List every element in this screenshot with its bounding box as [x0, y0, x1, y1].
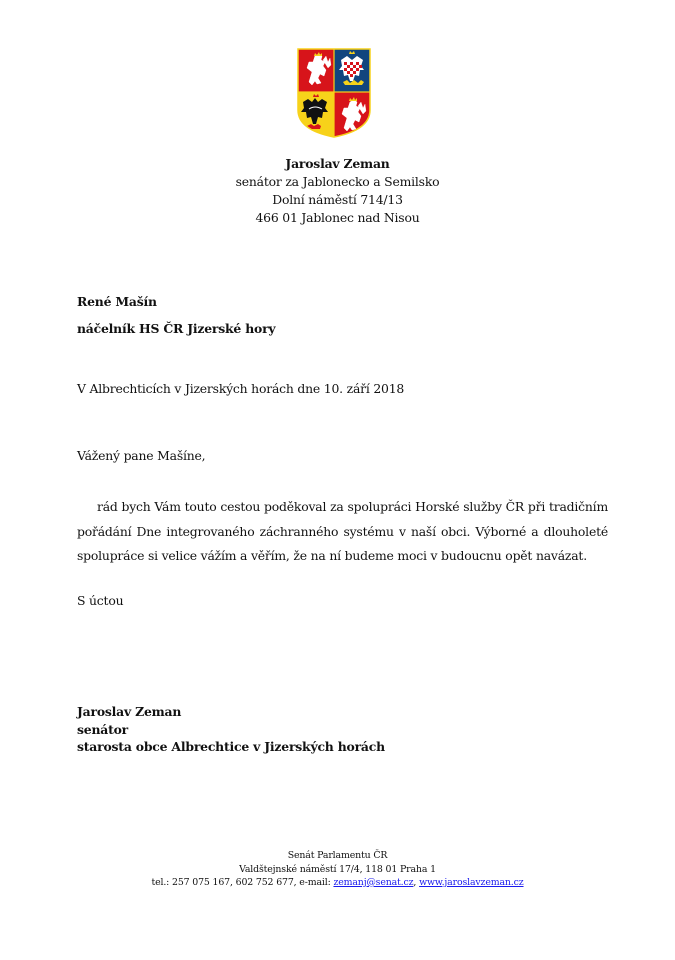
footer-phone: tel.: 257 075 167, 602 752 677, e-mail: — [151, 877, 333, 888]
sender-street: Dolní náměstí 714/13 — [0, 191, 675, 209]
letterhead-footer: Senát Parlamentu ČR Valdštejnské náměstí… — [0, 849, 675, 890]
signature-block: Jaroslav Zeman senátor starosta obce Alb… — [77, 703, 385, 756]
closing: S úctou — [77, 593, 123, 608]
recipient-name: René Mašín — [77, 288, 275, 315]
letter-page: Jaroslav Zeman senátor za Jablonecko a S… — [0, 0, 675, 960]
footer-institution: Senát Parlamentu ČR — [0, 849, 675, 863]
body-line: pořádání Dne integrovaného záchranného s… — [77, 520, 608, 545]
sender-block: Jaroslav Zeman senátor za Jablonecko a S… — [0, 155, 675, 227]
body-line: spolupráce si velice vážím a věřím, že n… — [77, 544, 608, 569]
footer-contact: tel.: 257 075 167, 602 752 677, e-mail: … — [0, 876, 675, 890]
recipient-title: náčelník HS ČR Jizerské hory — [77, 315, 275, 342]
salutation: Vážený pane Mašíne, — [77, 448, 205, 463]
signature-office: starosta obce Albrechtice v Jizerských h… — [77, 738, 385, 756]
sender-title: senátor za Jablonecko a Semilsko — [0, 173, 675, 191]
website-link[interactable]: www.jaroslavzeman.cz — [419, 877, 523, 888]
footer-address: Valdštejnské náměstí 17/4, 118 01 Praha … — [0, 863, 675, 877]
signature-name: Jaroslav Zeman — [77, 703, 385, 721]
sender-city: 466 01 Jablonec nad Nisou — [0, 209, 675, 227]
czech-coat-of-arms-icon — [297, 48, 371, 138]
letter-body: rád bych Vám touto cestou poděkoval za s… — [77, 495, 608, 569]
email-link[interactable]: zemanj@senat.cz — [333, 877, 413, 888]
body-line: rád bych Vám touto cestou poděkoval za s… — [77, 495, 608, 520]
place-and-date: V Albrechticích v Jizerských horách dne … — [77, 381, 404, 396]
sender-name: Jaroslav Zeman — [0, 155, 675, 173]
signature-role: senátor — [77, 721, 385, 739]
recipient-block: René Mašín náčelník HS ČR Jizerské hory — [77, 288, 275, 342]
